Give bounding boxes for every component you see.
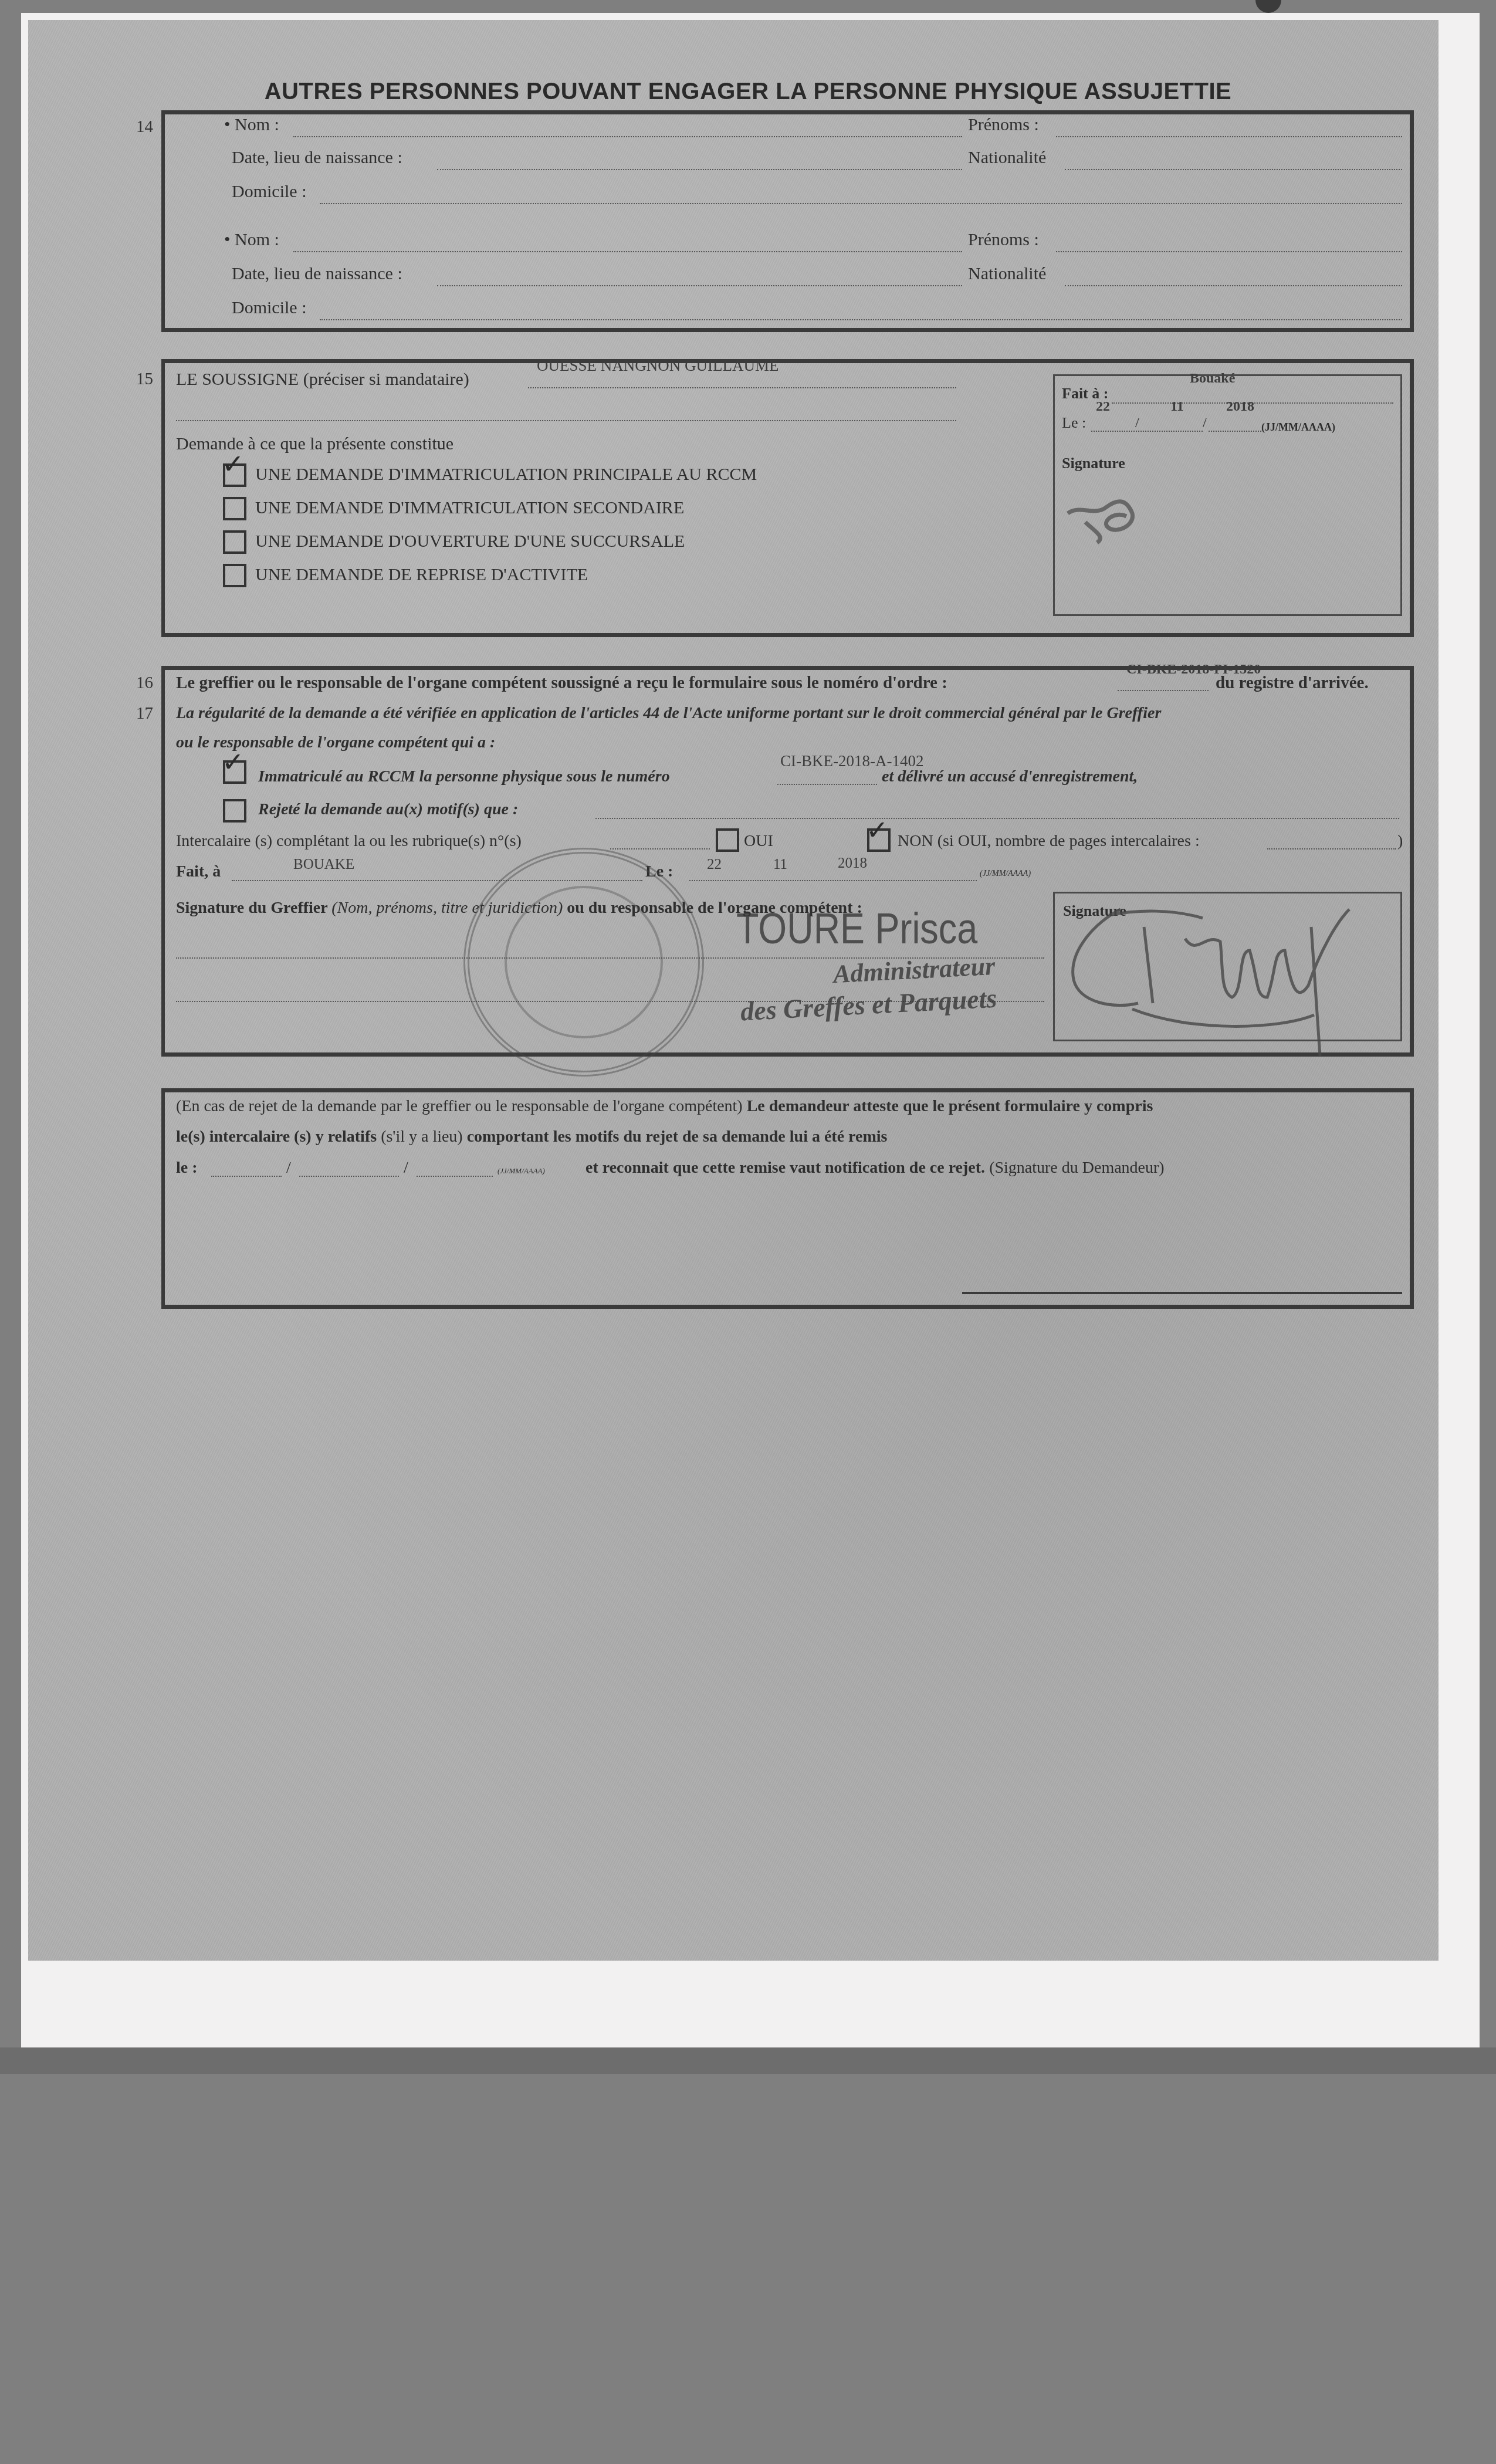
date-day-field [1091,431,1203,432]
fait-a-value[interactable]: Bouaké [1190,371,1235,387]
punch-hole [1255,0,1281,13]
date-separator: / [286,1159,291,1177]
official-seal-emblem [505,886,663,1038]
oui-label: OUI [744,832,773,851]
rejection-date-day[interactable] [211,1176,282,1177]
rejection-line1-normal: (En cas de rejet de la demande par le gr… [176,1097,743,1115]
nationalite-label-1: Nationalité [968,148,1046,168]
date-year-field [1209,431,1261,432]
date-month[interactable]: 11 [1170,399,1184,415]
le-label: Le : [1062,414,1086,432]
ordre-field [1118,690,1209,691]
greffier-date-day[interactable]: 22 [707,857,722,873]
nom-label-1: • Nom : [224,115,279,135]
checkmark-icon: ✓ [222,749,245,776]
option-immatriculation-secondaire-label: UNE DEMANDE D'IMMATRICULATION SECONDAIRE [255,498,684,518]
page-title: AUTRES PERSONNES POUVANT ENGAGER LA PERS… [0,79,1496,105]
regularite-text-line1: La régularité de la demande a été vérifi… [176,704,1161,723]
rejection-line2-bold-b: comportant les motifs du rejet de sa dem… [467,1128,888,1146]
rejection-date-format-hint: (JJ/MM/AAAA) [497,1166,545,1176]
soussigne-field [528,387,956,388]
greffier-date-format-hint: (JJ/MM/AAAA) [980,869,1031,879]
rejection-box [161,1088,1414,1309]
nom-field-2[interactable] [293,251,962,252]
greffier-date-month[interactable]: 11 [773,857,787,873]
stamp-name: TOURE Prisca [736,903,977,953]
nationalite-label-2: Nationalité [968,264,1046,284]
official-seal-stamp [463,848,704,1077]
nationalite-field-1[interactable] [1065,169,1402,170]
domicile-field-1[interactable] [320,203,1402,204]
naissance-label-2: Date, lieu de naissance : [232,264,402,284]
applicant-signature [1062,481,1150,551]
rejection-line1-bold: Le demandeur atteste que le présent form… [747,1097,1153,1115]
rejection-date-label: le : [176,1159,198,1177]
soussigne-value[interactable]: OUESSE NANGNON GUILLAUME [537,357,779,375]
fait-a-greffier-label: Fait, à [176,862,221,881]
close-paren: ) [1397,832,1403,851]
section-number-15: 15 [136,370,153,389]
immatricule-suffix: et délivré un accusé d'enregistrement, [882,767,1138,786]
option-ouverture-succursale-label: UNE DEMANDE D'OUVERTURE D'UNE SUCCURSALE [255,532,685,551]
greffier-date-year[interactable]: 2018 [838,855,867,872]
rejete-motif-field[interactable] [595,818,1399,819]
date-separator: / [1135,415,1139,431]
nom-label-2: • Nom : [224,230,279,250]
prenoms-label-2: Prénoms : [968,230,1039,250]
non-label: NON (si OUI, nombre de pages intercalair… [898,832,1200,851]
rejection-line1: (En cas de rejet de la demande par le gr… [176,1097,1153,1116]
domicile-field-2[interactable] [320,319,1402,320]
soussigne-field-line2[interactable] [176,420,956,421]
date-year[interactable]: 2018 [1226,399,1254,415]
oui-checkbox[interactable] [716,828,739,852]
checkmark-icon: ✓ [866,817,889,844]
prenoms-label-1: Prénoms : [968,115,1039,135]
option-ouverture-succursale-checkbox[interactable] [223,530,246,554]
option-immatriculation-secondaire-checkbox[interactable] [223,497,246,520]
ordre-suffix: du registre d'arrivée. [1216,673,1369,693]
prenoms-field-2[interactable] [1056,251,1402,252]
pages-intercalaires-field[interactable] [1267,848,1396,849]
date-separator: / [404,1159,408,1177]
soussigne-label: LE SOUSSIGNE (préciser si mandataire) [176,370,469,390]
date-format-hint: (JJ/MM/AAAA) [1261,421,1335,434]
signature-greffier-bold: Signature du Greffier [176,899,327,917]
rejete-checkbox[interactable] [223,799,246,823]
option-reprise-activite-label: UNE DEMANDE DE REPRISE D'ACTIVITE [255,565,588,585]
date-day[interactable]: 22 [1096,399,1110,415]
rejection-line2-normal: (s'il y a lieu) [381,1128,463,1146]
naissance-field-2[interactable] [437,285,962,286]
rejection-line3-normal: (Signature du Demandeur) [989,1159,1165,1177]
section-14-box [161,110,1414,332]
demande-label: Demande à ce que la présente constitue [176,434,453,454]
intercalaire-rubriques-field[interactable] [610,848,710,849]
applicant-rejection-signature-line[interactable] [962,1292,1402,1294]
rejection-line3-bold: et reconnait que cette remise vaut notif… [585,1159,985,1177]
rejection-date-year[interactable] [417,1176,493,1177]
date-separator: / [1203,415,1207,431]
prenoms-field-1[interactable] [1056,136,1402,137]
section-number-14: 14 [136,117,153,137]
rejection-line2: le(s) intercalaire (s) y relatifs (s'il … [176,1128,887,1146]
rejection-line3: et reconnait que cette remise vaut notif… [585,1159,1165,1177]
greffier-date-field [689,880,977,881]
immatricule-field [777,784,877,785]
naissance-label-1: Date, lieu de naissance : [232,148,402,168]
intercalaire-label: Intercalaire (s) complétant la ou les ru… [176,832,522,851]
signature-label: Signature [1062,455,1125,472]
greffier-signature [1044,886,1373,1056]
naissance-field-1[interactable] [437,169,962,170]
rejection-date-month[interactable] [299,1176,399,1177]
fait-a-greffier-value[interactable]: BOUAKE [293,857,354,873]
immatricule-label: Immatriculé au RCCM la personne physique… [258,767,670,786]
section-number-17: 17 [136,704,153,723]
rejete-label: Rejeté la demande au(x) motif(s) que : [258,800,518,819]
scanner-background-band [0,2047,1496,2074]
option-reprise-activite-checkbox[interactable] [223,564,246,587]
ordre-text: Le greffier ou le responsable de l'organ… [176,673,947,693]
nom-field-1[interactable] [293,136,962,137]
domicile-label-1: Domicile : [232,182,306,202]
checkmark-icon: ✓ [222,451,245,478]
domicile-label-2: Domicile : [232,298,306,318]
section-number-16: 16 [136,673,153,693]
option-immatriculation-principale-label: UNE DEMANDE D'IMMATRICULATION PRINCIPALE… [255,465,757,485]
rejection-line2-bold-a: le(s) intercalaire (s) y relatifs [176,1128,377,1146]
nationalite-field-2[interactable] [1065,285,1402,286]
